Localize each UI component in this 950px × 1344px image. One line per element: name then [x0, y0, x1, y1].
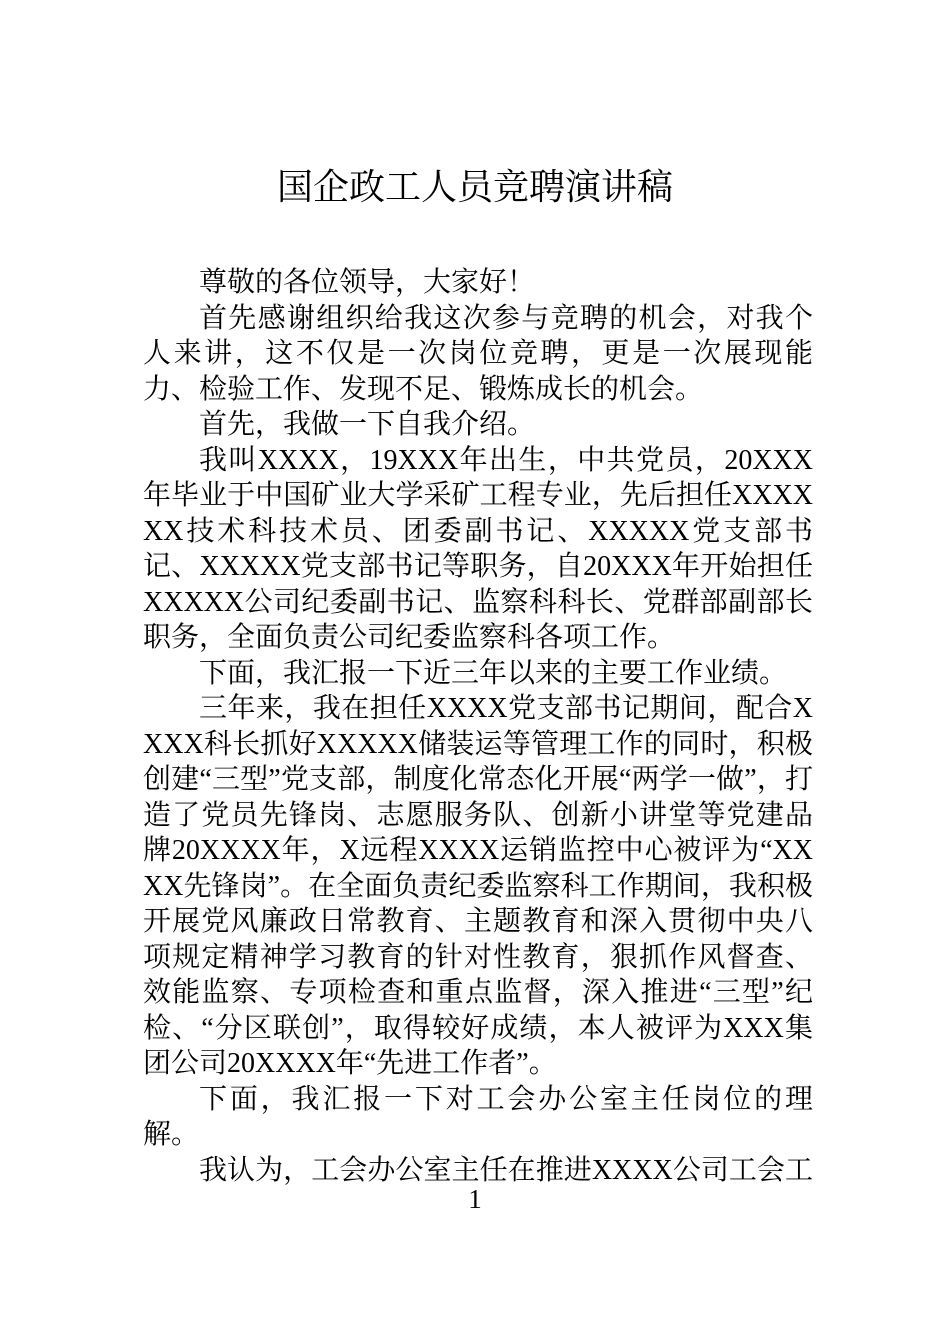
- document-page: 国企政工人员竞聘演讲稿 尊敬的各位领导，大家好！ 首先感谢组织给我这次参与竞聘的…: [0, 0, 950, 1344]
- paragraph-position-understanding: 我认为，工会办公室主任在推进XXXX公司工会工作高质量发展中发挥着承上启下、联通…: [143, 1153, 813, 1186]
- paragraph-greeting: 尊敬的各位领导，大家好！: [143, 265, 813, 301]
- paragraph-achievements-lead: 下面，我汇报一下近三年以来的主要工作业绩。: [143, 656, 813, 692]
- paragraph-thanks: 首先感谢组织给我这次参与竞聘的机会，对我个人来讲，这不仅是一次岗位竞聘，更是一次…: [143, 301, 813, 408]
- paragraph-position-lead: 下面，我汇报一下对工会办公室主任岗位的理解。: [143, 1082, 813, 1153]
- paragraph-intro-lead: 首先，我做一下自我介绍。: [143, 407, 813, 443]
- paragraph-self-introduction: 我叫XXXX，19XXX年出生，中共党员，20XXX年毕业于中国矿业大学采矿工程…: [143, 443, 813, 656]
- document-body: 尊敬的各位领导，大家好！ 首先感谢组织给我这次参与竞聘的机会，对我个人来讲，这不…: [143, 265, 813, 1185]
- document-title: 国企政工人员竞聘演讲稿: [0, 0, 950, 210]
- page-number: 1: [0, 1184, 950, 1214]
- paragraph-achievements: 三年来，我在担任XXXX党支部书记期间，配合XXXX科长抓好XXXXX储装运等管…: [143, 691, 813, 1082]
